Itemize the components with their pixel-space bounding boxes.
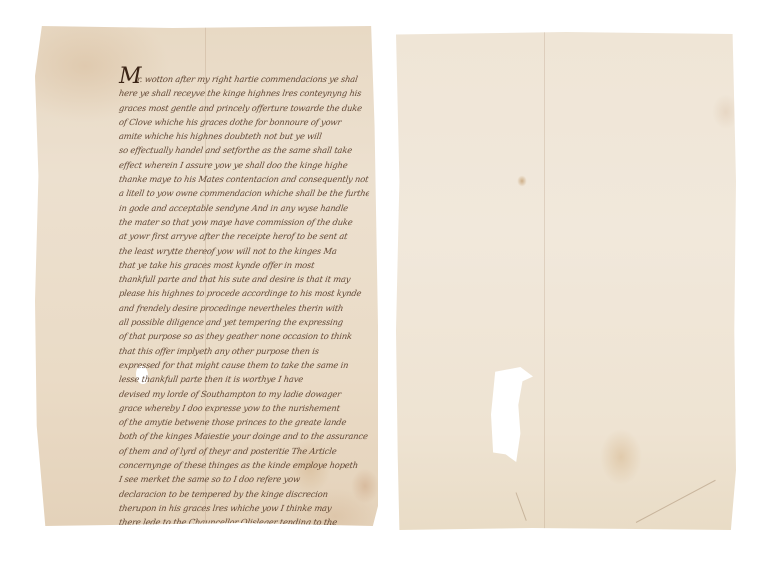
text-line: r. wotton after my right hartie commenda… <box>118 72 370 86</box>
text-line: at yowr first arryve after the receipte … <box>118 229 370 243</box>
text-line: thanke maye to his Mates contentacion an… <box>118 172 370 186</box>
text-line: the mater so that yow maye have commissi… <box>118 215 370 229</box>
text-line: grace whereby I doo expresse yow to the … <box>118 401 370 415</box>
text-line: graces most gentle and princely offertur… <box>118 101 370 115</box>
corner-crease <box>636 480 716 523</box>
text-line: that ye take his graces most kynde offer… <box>118 258 370 272</box>
text-line: therupon in his graces lres whiche yow I… <box>118 501 370 515</box>
text-line: of them and of lyrd of theyr and posteri… <box>118 444 370 458</box>
text-line: concernynge of these thinges as the kind… <box>118 458 370 472</box>
text-line: please his highnes to procede accordinge… <box>118 286 370 300</box>
manuscript-leaf-left: M r. wotton after my right hartie commen… <box>35 26 378 526</box>
text-line: of the amytie betwene those princes to t… <box>118 415 370 429</box>
text-line: that this offer implyeth any other purpo… <box>118 344 370 358</box>
text-line: the least wrytte thereof yow will not to… <box>118 244 370 258</box>
text-line: I see merket the same so to I doo refere… <box>118 472 370 486</box>
text-line: amite whiche his highnes doubteth not bu… <box>118 129 370 143</box>
text-line: furtherance of these thinges as yow shal… <box>118 530 370 544</box>
fold-line <box>544 32 545 530</box>
text-line: of Clove whiche his graces dothe for bon… <box>118 115 370 129</box>
paper-loss-hole <box>491 367 533 462</box>
manuscript-leaf-right-blank <box>396 32 736 530</box>
text-line: effect wherein I assure yow ye shall doo… <box>118 158 370 172</box>
text-line: devised my lorde of Southampton to my la… <box>118 387 370 401</box>
text-line: both of the kinges Maiestie your doinge … <box>118 429 370 443</box>
tear-line <box>516 492 527 521</box>
text-line: declaracion to be tempered by the kinge … <box>118 487 370 501</box>
handwritten-text-block: r. wotton after my right hartie commenda… <box>119 72 369 544</box>
text-line: here ye shall receyve the kinge highnes … <box>118 86 370 100</box>
text-line: expressed for that might cause them to t… <box>118 358 370 372</box>
text-line: in gode and acceptable sendyne And in an… <box>118 201 370 215</box>
text-line: all possible diligence and yet tempering… <box>118 315 370 329</box>
text-line: a litell to yow owne commendacion whiche… <box>118 186 370 200</box>
text-line: lesse thankfull parte then it is worthye… <box>118 372 370 386</box>
text-line: of that purpose so as they geather none … <box>118 329 370 343</box>
text-line: thankfull parte and that his sute and de… <box>118 272 370 286</box>
text-line: so effectually handel and setforthe as t… <box>118 143 370 157</box>
text-line: and frendely desire procedinge neverthel… <box>118 301 370 315</box>
text-line: there lede to the Chauncellor Olisleger … <box>118 515 370 529</box>
